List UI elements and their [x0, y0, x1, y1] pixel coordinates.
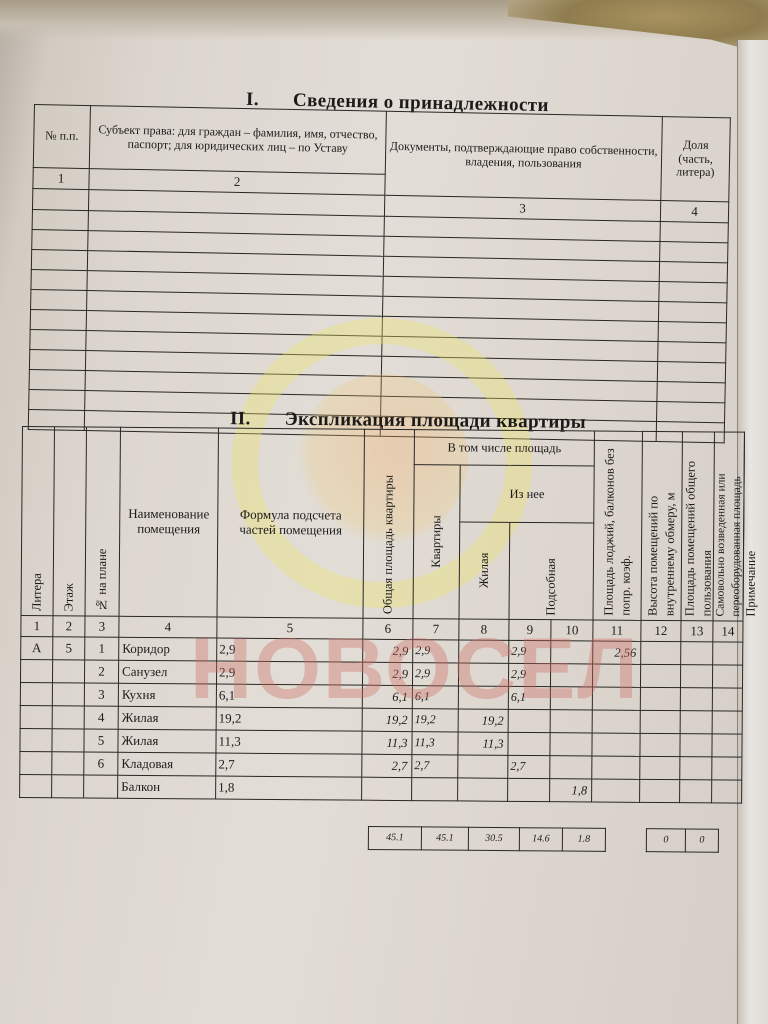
total-living-sum: 30.5 — [468, 827, 519, 850]
cell-loggia — [551, 641, 593, 664]
colnum-6: 6 — [363, 618, 413, 639]
colnum-8: 8 — [459, 619, 509, 640]
cell-floor — [52, 752, 84, 775]
cell-living — [458, 778, 508, 801]
colnum-13: 13 — [681, 621, 713, 642]
ownership-cell — [32, 229, 88, 250]
total-common-sum: 0 — [646, 829, 685, 852]
header-of-which: Из нее — [460, 465, 594, 523]
cell-name: Жилая — [118, 706, 216, 730]
cell-total: 6,1 — [362, 685, 412, 708]
ownership-cell — [29, 369, 85, 390]
cell-loggia — [550, 756, 592, 779]
cell-apartment: 19,2 — [412, 709, 458, 732]
document-page: I.Сведения о принадлежности № п.п. Субъе… — [0, 0, 768, 1024]
cell-living — [458, 755, 508, 778]
cell-unauthorized — [680, 780, 712, 803]
cell-total: 19,2 — [362, 708, 412, 731]
cell-unauthorized — [681, 642, 713, 665]
cell-common — [640, 664, 680, 687]
cell-name: Коридор — [119, 637, 217, 661]
header-auxiliary: Подсобная — [544, 554, 559, 620]
cell-loggia: 1,8 — [550, 779, 592, 802]
header-living: Жилая — [477, 549, 492, 593]
cell-floor — [52, 706, 84, 729]
cell-formula: 1,8 — [216, 776, 362, 800]
header-documents: Документы, подтверждающие право собствен… — [385, 111, 663, 200]
explication-header-row-1: Литера Этаж № на плане Наименование поме… — [22, 427, 744, 468]
header-floor: Этаж — [62, 579, 77, 615]
cell-floor: 5 — [53, 637, 85, 660]
cell-litera — [20, 774, 52, 797]
ownership-cell — [29, 389, 85, 410]
explication-row: Балкон1,81,8 — [20, 774, 742, 803]
cell-unauthorized — [680, 734, 712, 757]
colnum-2: 2 — [53, 616, 85, 637]
cell-apartment: 2,7 — [412, 755, 458, 778]
cell-auxiliary: 2,9 — [509, 640, 551, 663]
ownership-cell — [657, 402, 725, 423]
cell-litera — [20, 728, 52, 751]
cell-name: Кухня — [118, 683, 216, 707]
cell-height — [592, 664, 640, 687]
cell-plan-no: 1 — [85, 637, 119, 660]
cell-total: 2,7 — [362, 754, 412, 777]
cell-unauthorized — [680, 665, 712, 688]
section2-number: II. — [230, 408, 251, 429]
cell-height: 2,56 — [593, 641, 641, 664]
total-loggia-sum: 1.8 — [562, 828, 605, 851]
cell-apartment — [412, 778, 458, 801]
ownership-cell — [660, 222, 728, 243]
cell-common — [640, 779, 680, 802]
cell-unauthorized — [680, 757, 712, 780]
header-total-area: Общая площадь квартиры — [381, 471, 397, 618]
cell-note — [712, 688, 742, 711]
cell-living — [458, 663, 508, 686]
cell-auxiliary — [508, 732, 550, 755]
cell-loggia — [550, 687, 592, 710]
colnum-1: 1 — [33, 167, 89, 189]
cell-litera: А — [21, 636, 53, 659]
colnum-10: 10 — [551, 620, 593, 641]
ownership-cell — [658, 342, 726, 363]
ownership-cell — [659, 282, 727, 303]
ownership-table: № п.п. Субъект права: для граждан – фами… — [28, 104, 731, 443]
cell-plan-no: 2 — [84, 660, 118, 683]
header-note: Примечание — [744, 547, 759, 621]
ownership-cell — [658, 322, 726, 343]
ownership-cell — [660, 242, 728, 263]
cell-height — [592, 779, 640, 802]
ownership-cell — [32, 209, 88, 230]
colnum-4: 4 — [119, 616, 217, 638]
header-loggia: Площадь лоджий, балконов без попр. коэф. — [600, 442, 635, 620]
header-including: В том числе площадь — [414, 430, 594, 466]
explication-rows: А51Коридор2,92,92,92,92,562Санузел2,92,9… — [20, 636, 743, 803]
ownership-cell — [30, 329, 86, 350]
colnum-14: 14 — [713, 621, 743, 642]
cell-apartment: 6,1 — [412, 686, 458, 709]
cell-name: Санузел — [118, 660, 216, 684]
cell-total — [362, 777, 412, 800]
cell-formula: 2,9 — [216, 661, 362, 685]
total-auxiliary-sum: 14.6 — [519, 828, 562, 851]
cell-note — [713, 642, 743, 665]
ownership-cell — [31, 269, 87, 290]
total-unauthorized-sum: 0 — [685, 829, 718, 852]
cell-plan-no: 5 — [84, 729, 118, 752]
cell-litera — [20, 659, 52, 682]
ownership-cell — [31, 289, 87, 310]
header-litera: Литера — [30, 569, 45, 615]
cell-height — [592, 687, 640, 710]
totals-gap — [605, 828, 646, 851]
cell-litera — [20, 751, 52, 774]
cell-height — [592, 710, 640, 733]
cell-total: 2,9 — [363, 639, 413, 662]
ownership-cell — [657, 382, 725, 403]
cell-total: 11,3 — [362, 731, 412, 754]
cell-plan-no: 3 — [84, 683, 118, 706]
header-height: Высота помещений по внутреннему обмеру, … — [644, 442, 679, 620]
cell-unauthorized — [680, 711, 712, 734]
cell-note — [712, 780, 742, 803]
ownership-cell — [31, 249, 87, 270]
cell-apartment: 2,9 — [413, 640, 459, 663]
cell-loggia — [550, 664, 592, 687]
cell-loggia — [550, 733, 592, 756]
cell-auxiliary — [508, 709, 550, 732]
explication-totals: 45.1 45.1 30.5 14.6 1.8 0 0 — [368, 826, 719, 853]
totals-row: 45.1 45.1 30.5 14.6 1.8 0 0 — [368, 827, 718, 853]
cell-name: Балкон — [118, 775, 216, 799]
header-unauthorized: Самовольно возведенная или переоборудова… — [714, 442, 746, 620]
ownership-cell — [30, 309, 86, 330]
header-plan-no: № на плане — [95, 544, 110, 615]
cell-auxiliary: 2,9 — [508, 663, 550, 686]
section1-number: I. — [246, 89, 259, 110]
colnum-12: 12 — [641, 620, 681, 641]
cell-living — [459, 640, 509, 663]
cell-height — [592, 756, 640, 779]
cell-floor — [52, 729, 84, 752]
cell-plan-no — [84, 775, 118, 798]
cell-common — [640, 710, 680, 733]
cell-living — [458, 686, 508, 709]
area-explication-table: Литера Этаж № на плане Наименование поме… — [19, 426, 745, 804]
colnum-7: 7 — [413, 619, 459, 640]
cell-living: 11,3 — [458, 732, 508, 755]
cell-common — [640, 687, 680, 710]
cell-name: Кладовая — [118, 752, 216, 776]
empty-cell — [32, 188, 88, 210]
cell-height — [592, 733, 640, 756]
header-formula: Формула подсчета частей помещения — [217, 428, 364, 618]
colnum-4: 4 — [660, 201, 728, 223]
ownership-cell — [29, 349, 85, 370]
ownership-rows — [28, 209, 728, 442]
cell-common — [640, 733, 680, 756]
cell-note — [712, 757, 742, 780]
cell-common — [641, 641, 681, 664]
cell-loggia — [550, 710, 592, 733]
cell-formula: 2,9 — [217, 638, 363, 662]
header-no: № п.п. — [33, 105, 90, 169]
ownership-cell — [658, 302, 726, 323]
header-apartment: Квартиры — [429, 511, 444, 572]
cell-auxiliary — [508, 778, 550, 801]
cell-note — [712, 711, 742, 734]
cell-auxiliary: 2,7 — [508, 755, 550, 778]
cell-litera — [20, 705, 52, 728]
total-apartment-sum: 45.1 — [421, 827, 468, 850]
cell-floor — [52, 683, 84, 706]
total-area-sum: 45.1 — [368, 827, 421, 850]
cell-formula: 11,3 — [216, 730, 362, 754]
cell-litera — [20, 682, 52, 705]
colnum-5: 5 — [217, 617, 363, 639]
colnum-1: 1 — [21, 615, 53, 636]
cell-apartment: 11,3 — [412, 732, 458, 755]
cell-floor — [52, 660, 84, 683]
colnum-3: 3 — [85, 616, 119, 637]
ownership-cell — [657, 362, 725, 383]
colnum-9: 9 — [509, 619, 551, 640]
header-share: Доля (часть, литера) — [661, 117, 731, 202]
cell-formula: 19,2 — [216, 707, 362, 731]
header-subject: Субъект права: для граждан – фамилия, им… — [89, 106, 386, 175]
cell-plan-no: 6 — [84, 752, 118, 775]
cell-unauthorized — [680, 688, 712, 711]
colnum-11: 11 — [593, 620, 641, 641]
cell-note — [712, 734, 742, 757]
header-room-name: Наименование помещения — [119, 427, 218, 617]
cell-auxiliary: 6,1 — [508, 686, 550, 709]
ownership-cell — [659, 262, 727, 283]
cell-common — [640, 756, 680, 779]
cell-plan-no: 4 — [84, 706, 118, 729]
cell-formula: 2,7 — [216, 753, 362, 777]
cell-formula: 6,1 — [216, 684, 362, 708]
cell-apartment: 2,9 — [412, 663, 458, 686]
header-common: Площадь помещений общего пользования — [682, 442, 717, 620]
cell-floor — [52, 775, 84, 798]
cell-total: 2,9 — [362, 662, 412, 685]
cell-note — [712, 665, 742, 688]
cell-living: 19,2 — [458, 709, 508, 732]
cell-name: Жилая — [118, 729, 216, 753]
